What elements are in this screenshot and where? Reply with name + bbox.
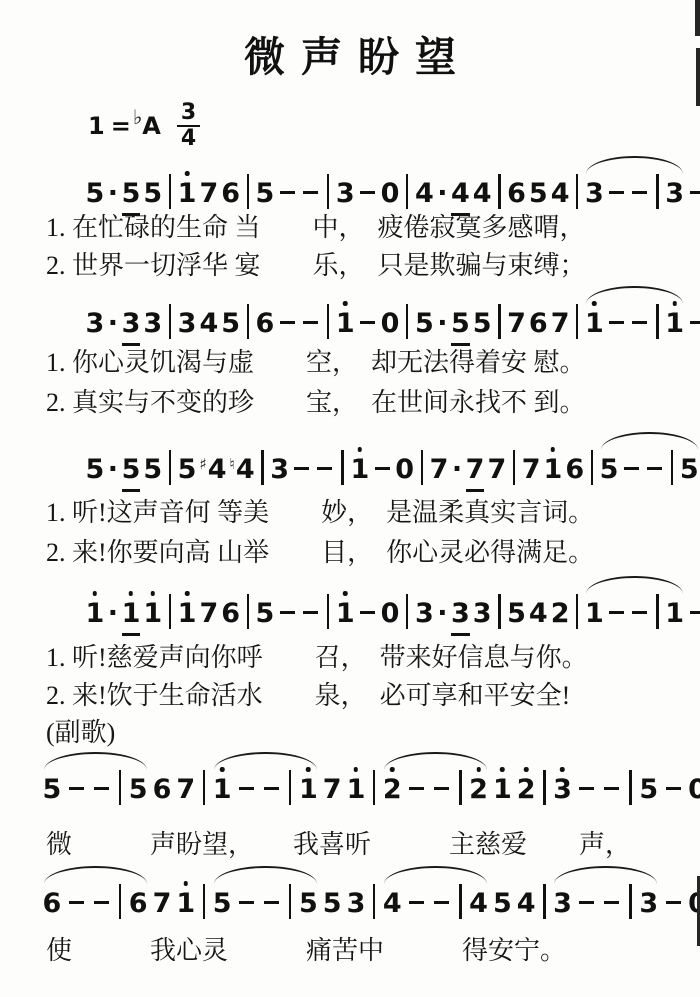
note: 3 [553, 886, 572, 922]
note: 1 [336, 306, 355, 342]
lyric-line: 2. 来!饮于生命活水 泉， 必可享和平安全! [46, 681, 570, 711]
note: 0 [395, 452, 414, 488]
duration-dash [604, 787, 619, 791]
note: 4 [415, 176, 434, 212]
note: 6 [43, 886, 62, 922]
slur-arc [214, 752, 317, 770]
augmentation-dot: · [452, 452, 462, 488]
note: 5 [122, 452, 141, 492]
duration-dash [409, 901, 424, 905]
duration-dash [690, 611, 700, 615]
note: 5 [451, 306, 470, 346]
duration-dash [360, 191, 375, 195]
duration-dash [434, 787, 449, 791]
key-tonic: A [142, 112, 161, 140]
key-do: 1 [88, 112, 105, 140]
note: 7 [551, 306, 570, 342]
slur-arc [44, 866, 147, 884]
barline [327, 304, 330, 339]
scan-artifact [695, 0, 700, 36]
slur-arc [586, 156, 683, 174]
note: 1 [213, 772, 232, 808]
duration-dash [69, 787, 84, 791]
slur-arc [586, 576, 683, 594]
barline [629, 770, 632, 805]
note: 3 [553, 772, 572, 808]
note: 6 [565, 452, 584, 488]
slur-arc [214, 866, 317, 884]
time-numerator: 3 [177, 102, 200, 127]
key-equals: = [111, 112, 131, 140]
note: 6 [507, 176, 526, 212]
duration-dash [609, 611, 624, 615]
duration-dash [360, 321, 375, 325]
note: 1 [585, 306, 604, 342]
note: 5 [143, 176, 162, 212]
lyric-line: 2. 真实与不变的珍 宝， 在世间永找不 到。 [46, 388, 586, 418]
barline [341, 450, 344, 485]
note: 1 [347, 772, 366, 808]
note: 5 [86, 452, 105, 488]
duration-dash [317, 467, 332, 471]
duration-dash [303, 191, 318, 195]
music-line-verse-3: 5·555♯4♮43107·77716550 [84, 428, 700, 492]
note: 1 [665, 596, 684, 632]
duration-dash [624, 467, 639, 471]
note: 3 [336, 176, 355, 212]
note: 1 [585, 596, 604, 632]
duration-dash [632, 321, 647, 325]
note: 4 [383, 886, 402, 922]
sheet-music-page: 微声盼望 1 = ♭ A 3 4 5·551765304·44654330 1.… [0, 0, 700, 997]
note: 2 [517, 772, 536, 808]
barline [576, 304, 579, 339]
note: 1 [176, 886, 195, 922]
note: 7 [522, 452, 541, 488]
note: 3 [270, 452, 289, 488]
note: 6 [529, 306, 548, 342]
duration-dash [690, 191, 700, 195]
duration-dash [579, 787, 594, 791]
duration-dash [264, 901, 279, 905]
slur-arc [601, 432, 698, 450]
music-line-verse-2: 3·333456105·55767110 [84, 282, 700, 346]
note: 7 [199, 596, 218, 632]
music-line-verse-1: 5·551765304·44654330 [84, 152, 700, 216]
duration-dash [666, 787, 681, 791]
note: 6 [129, 886, 148, 922]
barline [203, 884, 206, 919]
lyric-line: 2. 来!你要向高 山举 目， 你心灵必得满足。 [46, 538, 594, 568]
note: 7 [176, 772, 195, 808]
note: 5 [221, 306, 240, 342]
lyric-line: 微 声盼望， 我喜听 主慈爱 声， [46, 830, 631, 860]
note: 6 [221, 596, 240, 632]
note: 3 [143, 306, 162, 342]
barline [169, 174, 172, 209]
barline [247, 594, 250, 629]
music-line-verse-4: 1·111765103·33542110 [84, 572, 700, 636]
duration-dash [280, 611, 295, 615]
slur-arc [586, 286, 683, 304]
note: 5 [473, 306, 492, 342]
note: 0 [381, 176, 400, 212]
note: 5 [178, 452, 197, 488]
duration-dash [239, 901, 254, 905]
note: 3 [347, 886, 366, 922]
note: 5 [256, 596, 275, 632]
duration-dash [94, 901, 109, 905]
note: 7 [323, 772, 342, 808]
time-denominator: 4 [177, 127, 200, 150]
barline [576, 594, 579, 629]
duration-dash [375, 467, 390, 471]
lyric-line: 1. 听!慈爱声向你呼 召， 带来好信息与你。 [46, 643, 588, 673]
note: 2 [551, 596, 570, 632]
note: 1 [122, 596, 141, 636]
duration-dash [666, 901, 681, 905]
barline [261, 450, 264, 485]
duration-dash [632, 611, 647, 615]
flat-icon: ♭ [133, 105, 142, 129]
note: 4 [517, 886, 536, 922]
note: 7 [153, 886, 172, 922]
duration-dash [409, 787, 424, 791]
note: 3 [86, 306, 105, 342]
augmentation-dot: · [437, 306, 447, 342]
note: 0 [688, 772, 700, 808]
duration-dash [647, 467, 662, 471]
duration-dash [434, 901, 449, 905]
augmentation-dot: · [108, 306, 118, 342]
barline [498, 174, 501, 209]
note: 5 [86, 176, 105, 212]
note: 5 [529, 176, 548, 212]
lyric-line: 1. 你心灵饥渴与虚 空， 却无法得着安 慰。 [46, 348, 586, 378]
barline [459, 770, 462, 805]
barline [406, 174, 409, 209]
note: 3 [639, 886, 658, 922]
barline [513, 450, 516, 485]
note: ♯4 [199, 452, 226, 491]
duration-dash [303, 321, 318, 325]
barline [576, 174, 579, 209]
note: 3 [665, 176, 684, 212]
note: 7 [199, 176, 218, 212]
note: 5 [299, 886, 318, 922]
note: 2 [383, 772, 402, 808]
duration-dash [690, 321, 700, 325]
note: 0 [381, 306, 400, 342]
note: 5 [256, 176, 275, 212]
barline [498, 594, 501, 629]
note: 5 [680, 452, 699, 488]
note: 5 [507, 596, 526, 632]
augmentation-dot: · [108, 596, 118, 632]
duration-dash [604, 901, 619, 905]
slur-arc [384, 752, 487, 770]
note: 1 [350, 452, 369, 488]
barline [406, 304, 409, 339]
lyric-line: 使 我心灵 痛苦中 得安宁。 [46, 936, 566, 966]
duration-dash [294, 467, 309, 471]
barline [498, 304, 501, 339]
note: 4 [451, 176, 470, 216]
barline [169, 594, 172, 629]
music-line-chorus-2: 667155534454330 [40, 862, 700, 922]
note: 7 [430, 452, 449, 488]
augmentation-dot: · [437, 596, 447, 632]
barline [373, 884, 376, 919]
barline [327, 594, 330, 629]
duration-dash [609, 191, 624, 195]
note: 2 [469, 772, 488, 808]
note: 1 [665, 306, 684, 342]
barline [289, 770, 292, 805]
note: 1 [493, 772, 512, 808]
note: 1 [86, 596, 105, 632]
note: 5 [415, 306, 434, 342]
lyric-line: 1. 在忙碌的生命 当 中， 疲倦寂寞多感喟， [46, 213, 586, 243]
note: 5 [323, 886, 342, 922]
note: 1 [299, 772, 318, 808]
note: 7 [507, 306, 526, 342]
note: 1 [178, 596, 197, 632]
duration-dash [579, 901, 594, 905]
barline [406, 594, 409, 629]
note: 6 [256, 306, 275, 342]
note: 6 [221, 176, 240, 212]
barline [119, 884, 122, 919]
barline [671, 450, 674, 485]
barline [421, 450, 424, 485]
barline [203, 770, 206, 805]
duration-dash [609, 321, 624, 325]
sharp-icon: ♯ [199, 455, 206, 473]
barline [169, 304, 172, 339]
note: 5 [143, 452, 162, 488]
duration-dash [94, 787, 109, 791]
note: 6 [153, 772, 172, 808]
note: ♮4 [230, 452, 255, 491]
note: 5 [122, 176, 141, 216]
note: 5 [639, 772, 658, 808]
barline [327, 174, 330, 209]
barline [629, 884, 632, 919]
natural-icon: ♮ [230, 455, 235, 473]
chorus-label: (副歌) [46, 712, 115, 749]
barline [543, 770, 546, 805]
lyric-line: 1. 听!这声音何 等美 妙， 是温柔真实言词。 [46, 498, 594, 528]
note: 1 [544, 452, 563, 488]
barline [169, 450, 172, 485]
augmentation-dot: · [108, 176, 118, 212]
note: 3 [122, 306, 141, 346]
note: 1 [143, 596, 162, 632]
note: 0 [381, 596, 400, 632]
slur-arc [44, 752, 147, 770]
note: 5 [600, 452, 619, 488]
music-line-chorus-1: 556711712212350 [40, 748, 700, 808]
note: 5 [493, 886, 512, 922]
note: 3 [585, 176, 604, 212]
note: 1 [336, 596, 355, 632]
slur-arc [384, 866, 487, 884]
duration-dash [280, 191, 295, 195]
barline [591, 450, 594, 485]
duration-dash [303, 611, 318, 615]
slur-arc [554, 866, 657, 884]
note: 3 [451, 596, 470, 636]
barline [119, 770, 122, 805]
barline [656, 174, 659, 209]
note: 3 [178, 306, 197, 342]
note: 7 [487, 452, 506, 488]
key-signature: 1 = ♭ A 3 4 [88, 102, 200, 150]
note: 4 [473, 176, 492, 212]
barline [543, 884, 546, 919]
lyric-line: 2. 世界一切浮华 宴 乐， 只是欺骗与束缚； [46, 251, 586, 281]
duration-dash [264, 787, 279, 791]
augmentation-dot: · [437, 176, 447, 212]
duration-dash [360, 611, 375, 615]
note: 5 [129, 772, 148, 808]
note: 3 [473, 596, 492, 632]
barline [289, 884, 292, 919]
augmentation-dot: · [108, 452, 118, 488]
page-title: 微声盼望 [0, 24, 700, 83]
note: 4 [199, 306, 218, 342]
barline [656, 594, 659, 629]
barline [247, 174, 250, 209]
note: 4 [529, 596, 548, 632]
scan-artifact [696, 48, 700, 106]
barline [247, 304, 250, 339]
note: 1 [178, 176, 197, 212]
duration-dash [239, 787, 254, 791]
barline [459, 884, 462, 919]
duration-dash [69, 901, 84, 905]
duration-dash [280, 321, 295, 325]
note: 5 [43, 772, 62, 808]
note: 3 [415, 596, 434, 632]
note: 5 [213, 886, 232, 922]
note: 7 [466, 452, 485, 492]
duration-dash [632, 191, 647, 195]
barline [656, 304, 659, 339]
barline [373, 770, 376, 805]
note: 4 [551, 176, 570, 212]
time-signature: 3 4 [177, 102, 200, 150]
note: 4 [469, 886, 488, 922]
